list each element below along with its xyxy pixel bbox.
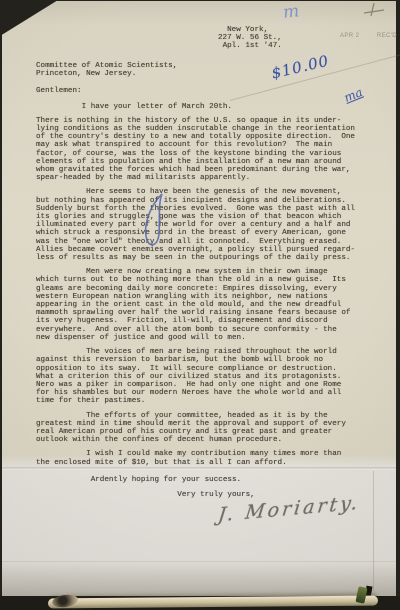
pencil-corner-mark [360, 1, 388, 24]
paragraph: The efforts of your committee, headed as… [36, 412, 380, 445]
vertical-crease [373, 471, 374, 591]
lower-crease [2, 561, 396, 562]
paragraph: There is nothing in the history of the U… [36, 117, 380, 183]
letterhead-address: New York, 227 W. 56 St., Apl. 1st '47. [218, 26, 282, 51]
corner-shadow [0, 0, 58, 36]
salutation: Gentlemen: [36, 87, 380, 95]
fold-crease [2, 467, 396, 470]
closing-hope-line: Ardently hoping for your success. [36, 476, 380, 484]
handwritten-m-annotation: m [282, 1, 300, 23]
received-stamp: APR 2 REC'D [340, 33, 397, 39]
stamp-date: APR 2 [340, 33, 359, 39]
pen-loop-mark [138, 192, 172, 257]
letter-scan: { "letterhead": { "address": " New York,… [0, 0, 400, 610]
paragraph: Here seems to have been the genesis of t… [36, 188, 380, 262]
paragraph: The voices of men are being raised throu… [36, 348, 380, 405]
paragraph: Men were now creating a new system in th… [36, 268, 380, 342]
letter-body: Committee of Atomic Scientists, Princeto… [36, 62, 380, 499]
paragraph: I wish I could make my contribution many… [36, 450, 380, 466]
paragraph-intro: I have your letter of March 20th. [36, 103, 380, 111]
stamp-recd-label: REC'D [377, 33, 397, 39]
